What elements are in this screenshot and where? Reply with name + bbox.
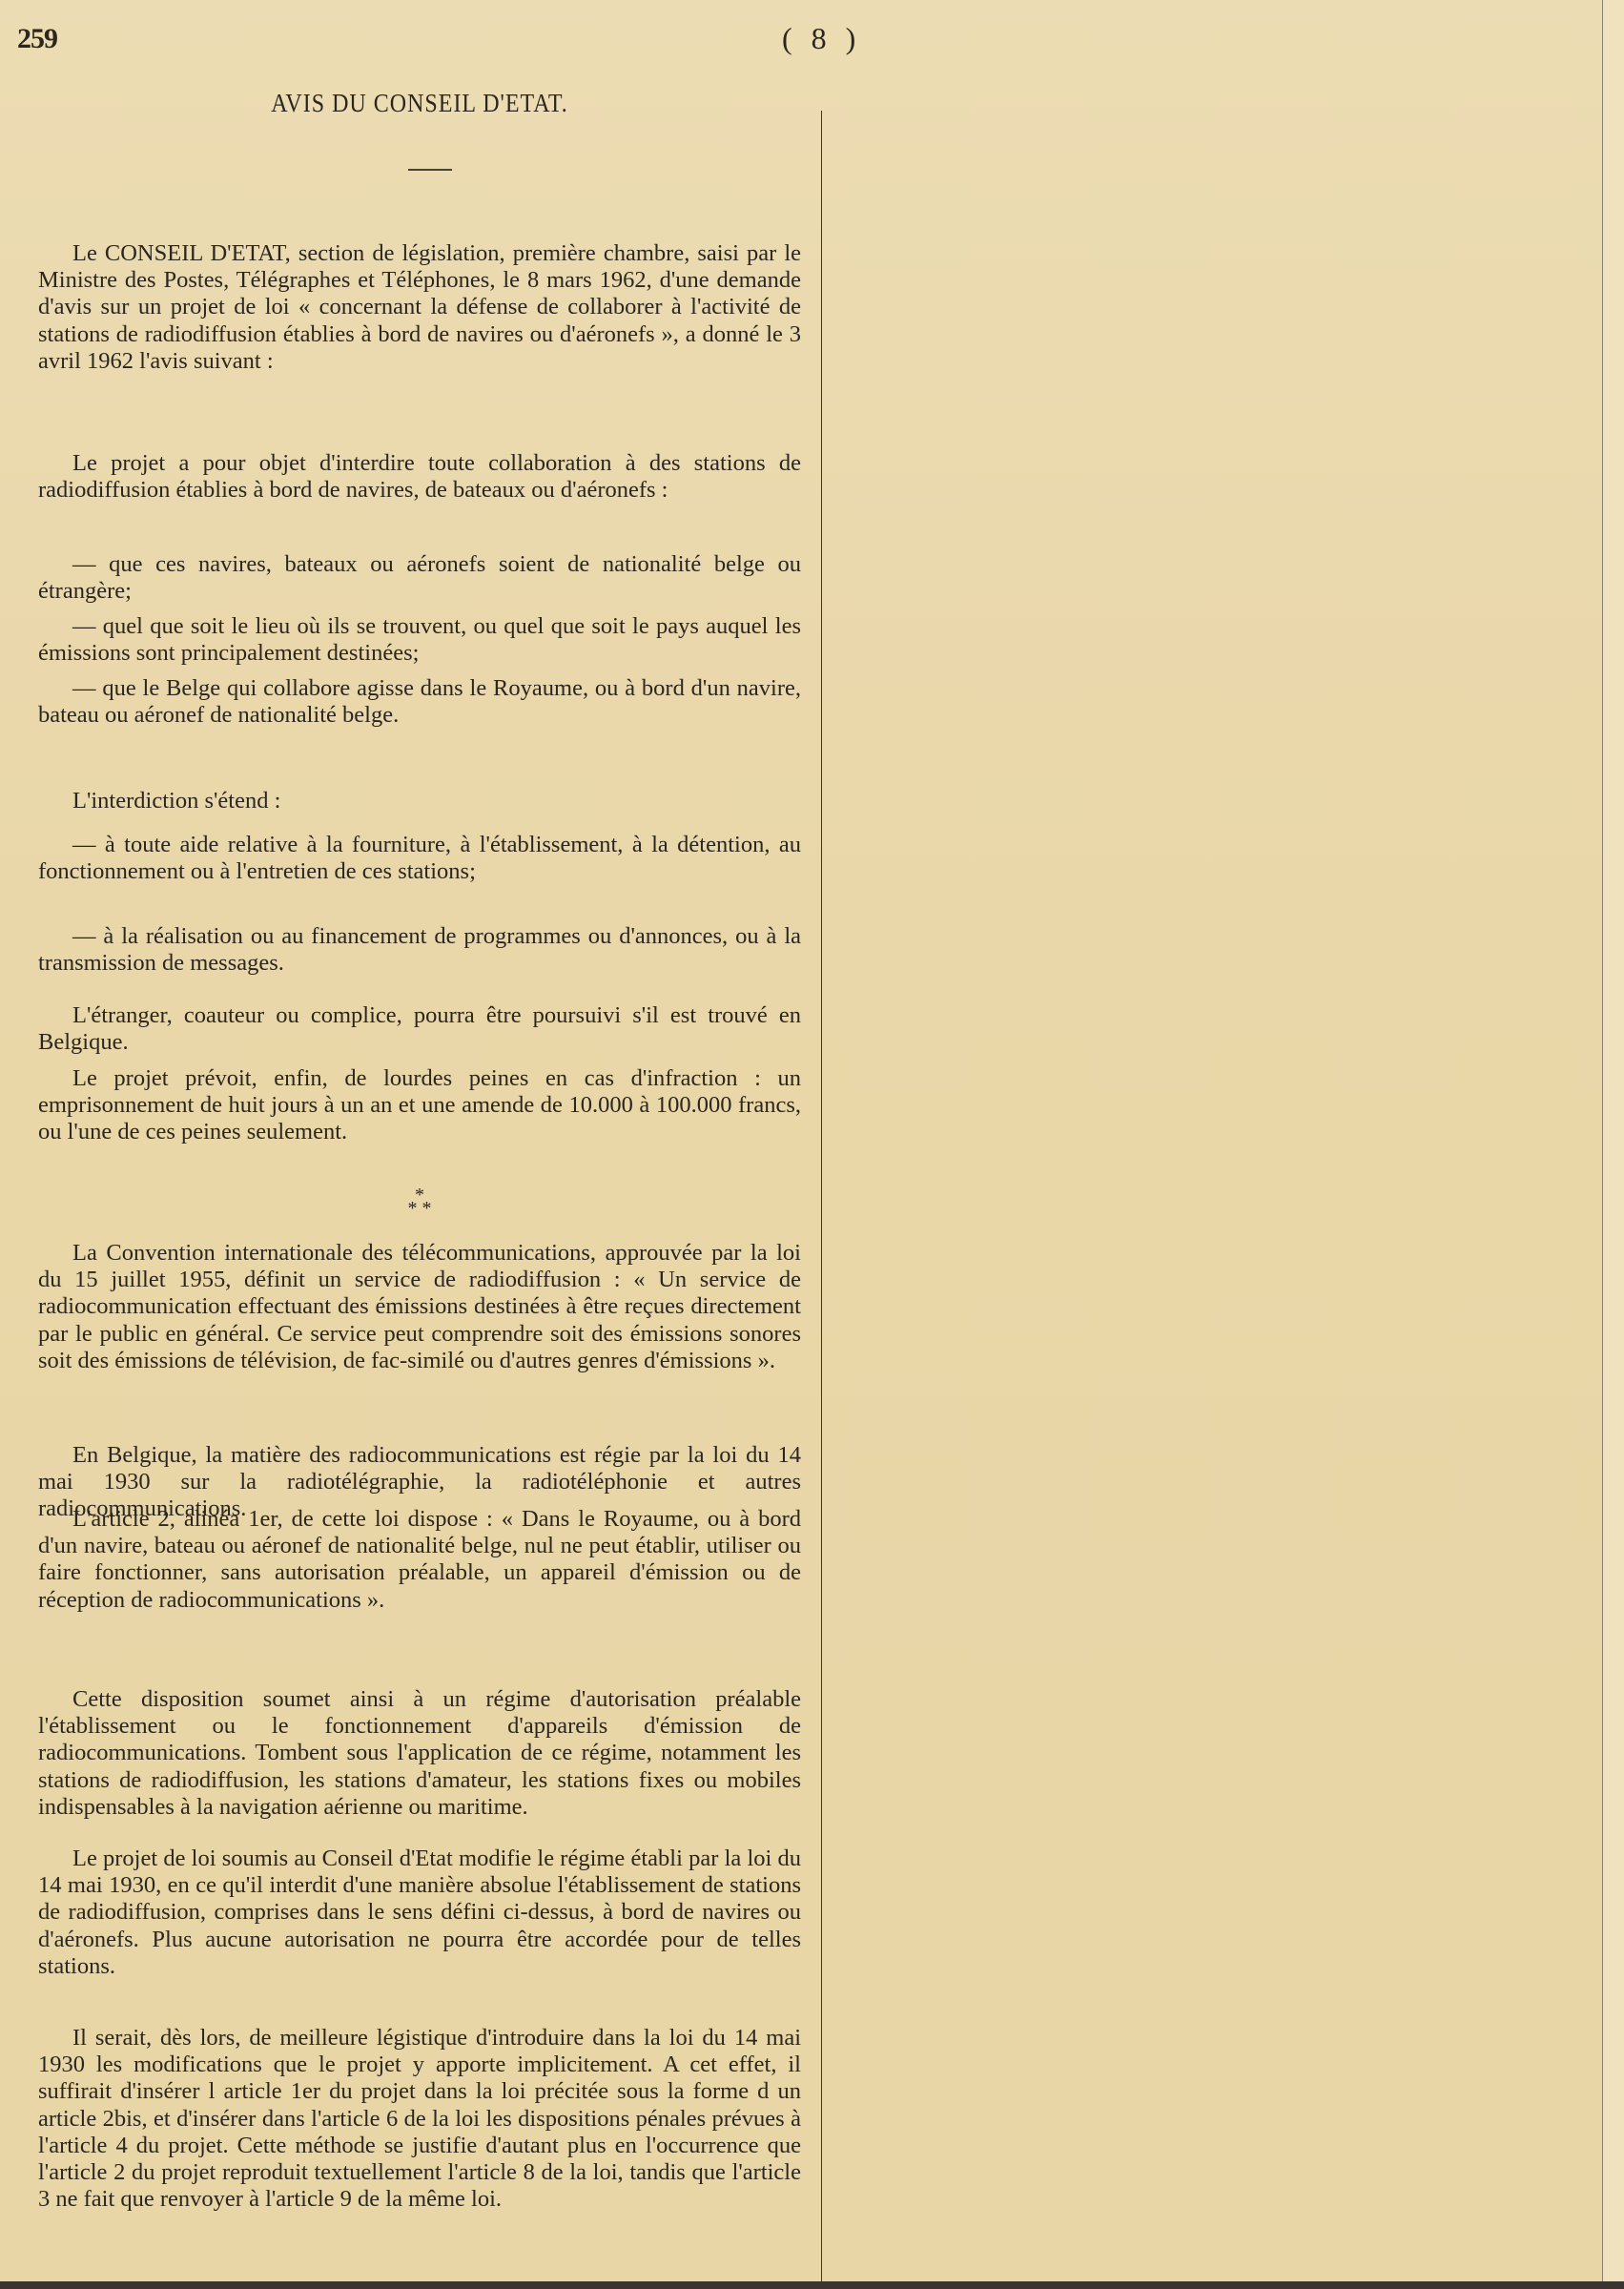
paragraph: Le projet a pour objet d'interdire toute…: [38, 450, 801, 504]
page-edge: [1602, 0, 1624, 2289]
document-page: 259 ( 8 ) AVIS DU CONSEIL D'ETAT. Le CON…: [0, 0, 1602, 2281]
list-item: — quel que soit le lieu où ils se trouve…: [38, 613, 801, 667]
list-item: — que ces navires, bateaux ou aéronefs s…: [38, 551, 801, 605]
paragraph: L'article 2, alinéa 1er, de cette loi di…: [38, 1506, 801, 1614]
paragraph: L'interdiction s'étend :: [38, 788, 801, 815]
paragraph: Cette disposition soumet ainsi à un régi…: [38, 1686, 801, 1821]
paragraph: Il serait, dès lors, de meilleure légist…: [38, 2025, 801, 2213]
list-item: — que le Belge qui collabore agisse dans…: [38, 675, 801, 729]
scan-border: [0, 2281, 1624, 2289]
page-reference: ( 8 ): [782, 21, 861, 56]
page-number: 259: [17, 23, 57, 55]
paragraph: La Convention internationale des télécom…: [38, 1240, 801, 1374]
paragraph: Le CONSEIL D'ETAT, section de législatio…: [38, 240, 801, 375]
french-title: AVIS DU CONSEIL D'ETAT.: [38, 90, 801, 119]
column-divider: [821, 111, 822, 2281]
paragraph: L'étranger, coauteur ou complice, pourra…: [38, 1002, 801, 1056]
paragraph: Le projet prévoit, enfin, de lourdes pei…: [38, 1065, 801, 1146]
paragraph: Le projet de loi soumis au Conseil d'Eta…: [38, 1846, 801, 1980]
list-item: — à toute aide relative à la fourniture,…: [38, 832, 801, 885]
list-item: — à la réalisation ou au financement de …: [38, 923, 801, 977]
title-rule: [408, 169, 452, 171]
section-separator: ** *: [391, 1188, 448, 1215]
